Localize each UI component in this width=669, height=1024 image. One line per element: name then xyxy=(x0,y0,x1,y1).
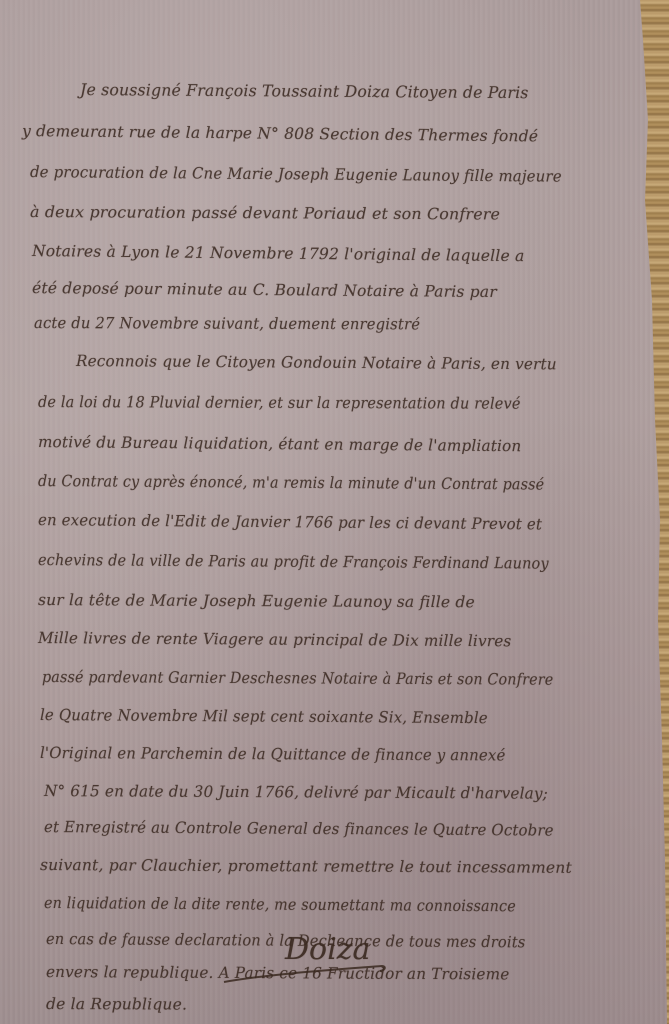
text-line: echevins de la ville de Paris au profit … xyxy=(38,551,549,573)
text-line: en liquidation de la dite rente, me soum… xyxy=(44,894,516,915)
text-line: Je soussigné François Toussaint Doiza Ci… xyxy=(80,80,529,102)
text-line: le Quatre Novembre Mil sept cent soixant… xyxy=(40,706,488,727)
text-line: Notaires à Lyon le 21 Novembre 1792 l'or… xyxy=(32,242,525,265)
text-line: sur la tête de Marie Joseph Eugenie Laun… xyxy=(38,591,475,611)
text-line: passé pardevant Garnier Deschesnes Notai… xyxy=(42,668,553,689)
text-line: suivant, par Clauchier, promettant remet… xyxy=(40,856,572,877)
text-line: de la Republique. xyxy=(46,995,187,1013)
text-line: de la loi du 18 Pluvial dernier, et sur … xyxy=(38,393,521,413)
text-line: y demeurant rue de la harpe N° 808 Secti… xyxy=(22,122,538,145)
text-line: du Contrat cy après énoncé, m'a remis la… xyxy=(38,472,544,494)
text-line: et Enregistré au Controle General des fi… xyxy=(44,818,554,840)
text-line: Mille livres de rente Viagere au princip… xyxy=(38,629,512,650)
text-line: à deux procuration passé devant Poriaud … xyxy=(30,203,500,223)
signature-flourish-icon xyxy=(220,962,390,986)
text-line: l'Original en Parchemin de la Quittance … xyxy=(40,744,506,764)
text-line: N° 615 en date du 30 Juin 1766, delivré … xyxy=(44,782,548,803)
text-line: Reconnois que le Citoyen Gondouin Notair… xyxy=(76,352,557,373)
text-line: été deposé pour minute au C. Boulard Not… xyxy=(32,279,497,301)
handwritten-text-block: Je soussigné François Toussaint Doiza Ci… xyxy=(0,0,669,1024)
text-line: en execution de l'Edit de Janvier 1766 p… xyxy=(38,511,542,533)
text-line: de procuration de la Cne Marie Joseph Eu… xyxy=(30,163,562,186)
text-line: motivé du Bureau liquidation, étant en m… xyxy=(38,433,522,455)
text-line: acte du 27 Novembre suivant, duement enr… xyxy=(34,314,420,333)
